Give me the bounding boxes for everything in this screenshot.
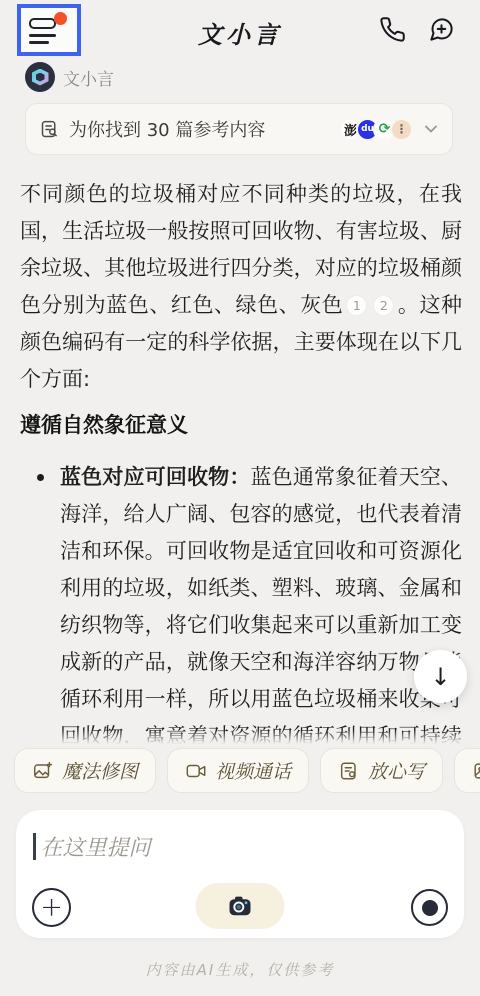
source-icon-more: ⋮ bbox=[390, 118, 413, 141]
assistant-name: 文小言 bbox=[63, 65, 114, 90]
arrow-down-icon: ↓ bbox=[430, 663, 450, 691]
menu-icon-line bbox=[29, 34, 56, 37]
scroll-to-bottom-button[interactable]: ↓ bbox=[414, 650, 467, 703]
input-placeholder: 在这里提问 bbox=[41, 831, 151, 862]
citation-badge[interactable]: 2 bbox=[373, 295, 394, 316]
avatar-logo-icon bbox=[32, 69, 49, 86]
assistant-row: 文小言 bbox=[25, 60, 114, 94]
composer-card: 在这里提问 + bbox=[16, 810, 464, 938]
highlight-box bbox=[17, 4, 81, 56]
menu-history-icon[interactable] bbox=[29, 16, 69, 50]
ai-disclaimer: 内容由AI生成，仅供参考 bbox=[0, 959, 480, 980]
menu-icon-line bbox=[29, 41, 49, 44]
chip-worry-free-writing[interactable]: 放心写 bbox=[320, 748, 443, 793]
document-write-icon bbox=[338, 760, 360, 782]
record-dot-icon bbox=[422, 900, 438, 916]
camera-button[interactable] bbox=[196, 883, 285, 929]
image-icon bbox=[472, 760, 480, 782]
chip-label: 魔法修图 bbox=[62, 757, 138, 784]
prompt-input[interactable]: 在这里提问 bbox=[33, 831, 446, 861]
top-bar: 文小言 bbox=[0, 0, 480, 60]
phone-call-icon[interactable] bbox=[379, 16, 406, 43]
bottom-panel: 魔法修图 视频通话 放心写 bbox=[0, 744, 480, 996]
bullet-title: 蓝色对应可回收物： bbox=[60, 465, 251, 489]
video-camera-icon bbox=[185, 760, 207, 782]
chevron-down-icon[interactable] bbox=[423, 121, 439, 137]
magic-image-icon bbox=[32, 760, 54, 782]
quick-action-chips: 魔法修图 视频通话 放心写 bbox=[0, 744, 480, 793]
app-screen: 文小言 文小言 bbox=[0, 0, 480, 996]
section-heading: 遵循自然象征意义 bbox=[20, 407, 462, 444]
reference-count-label: 为你找到 30 篇参考内容 bbox=[69, 116, 265, 142]
citation-badge[interactable]: 1 bbox=[346, 295, 367, 316]
chip-video-call[interactable]: 视频通话 bbox=[167, 748, 309, 793]
new-chat-icon[interactable] bbox=[428, 16, 455, 43]
reference-sources-card[interactable]: 为你找到 30 篇参考内容 澎 du ⟳ ⋮ bbox=[25, 103, 453, 155]
chip-image[interactable]: 图片 bbox=[454, 748, 480, 793]
page-title: 文小言 bbox=[198, 15, 282, 50]
paragraph-text: 不同颜色的垃圾桶对应不同种类的垃圾，在我国，生活垃圾一般按照可回收物、有害垃圾、… bbox=[20, 182, 462, 317]
add-attachment-button[interactable]: + bbox=[32, 888, 71, 927]
chip-label: 放心写 bbox=[368, 757, 425, 784]
bullet-marker bbox=[37, 474, 44, 481]
camera-icon bbox=[228, 894, 253, 918]
voice-record-button[interactable] bbox=[411, 889, 448, 926]
text-cursor bbox=[33, 833, 36, 860]
chip-magic-photo-edit[interactable]: 魔法修图 bbox=[14, 748, 156, 793]
answer-paragraph: 不同颜色的垃圾桶对应不同种类的垃圾，在我国，生活垃圾一般按照可回收物、有害垃圾、… bbox=[20, 176, 462, 398]
assistant-avatar bbox=[25, 62, 55, 92]
chip-label: 视频通话 bbox=[215, 757, 291, 784]
notification-dot bbox=[54, 12, 67, 25]
menu-icon-rect bbox=[29, 18, 56, 29]
reference-sources: 澎 du ⟳ ⋮ bbox=[339, 118, 439, 141]
document-search-icon bbox=[39, 119, 60, 140]
